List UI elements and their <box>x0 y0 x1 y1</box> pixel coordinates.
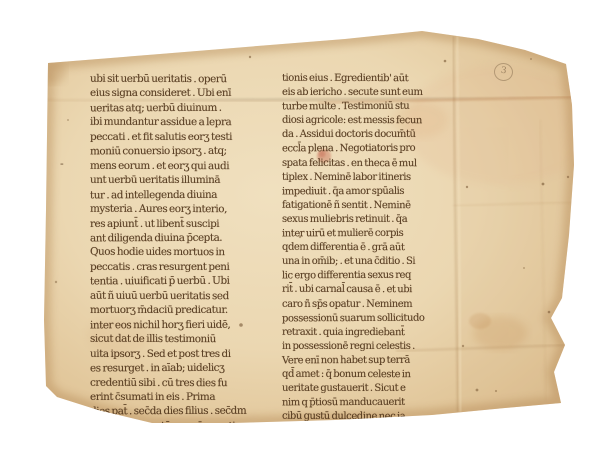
manuscript-photo: - 3 ubi sit uerbū ueritatis . operūeius … <box>0 0 616 461</box>
manuscript-text-line: sexus muliebris retinuit . q̄a <box>282 213 438 227</box>
manuscript-text-line: in possessionē regni celestis . <box>282 340 438 354</box>
manuscript-text-line: mens eorum . et eorʒ qui audi <box>90 158 260 173</box>
manuscript-text-line: res apiunt̄ . ut libent̄ suscipi <box>90 217 260 231</box>
manuscript-text-line: uita ipsorʒ . Sed et post tres di <box>90 347 260 361</box>
manuscript-text-line: unt uerbū ueritatis illuminā <box>90 173 260 187</box>
manuscript-text-line: eis ab iericho . secute sunt eum <box>282 86 438 100</box>
manuscript-text-line: retraxit . quia ingrediebant̄ <box>282 325 438 340</box>
manuscript-text-line: impediuit . q̄a amor spūalis <box>282 184 438 199</box>
marginal-mark: - <box>60 157 64 170</box>
manuscript-text-line: ant diligenda diuina p̄cepta. <box>90 231 260 246</box>
manuscript-text-line: fatigationē ñ sentit . Neminē <box>282 199 438 214</box>
manuscript-text-line: lic ergo differentia sexus req <box>282 269 438 284</box>
manuscript-text-line: es resurget . in aīab; uidelicʒ <box>90 361 260 376</box>
manuscript-text-line: spata felicitas . en theca ē mul <box>282 156 438 171</box>
manuscript-text-line: nim q p̄tiosū manducauerit <box>282 396 438 411</box>
manuscript-text-line: ubi sit uerbū ueritatis . operū <box>90 72 260 87</box>
manuscript-text-line: peccatis . cras resurgent peni <box>90 260 260 274</box>
manuscript-text-line: da . Assidui doctoris docum̄tū <box>282 128 438 142</box>
manuscript-text-line: moniū conuersio ipsorʒ . atq; <box>90 144 260 159</box>
manuscript-text-line: tiplex . Neminē labor itineris <box>282 171 438 185</box>
manuscript-text-line: ueritate gustauerit . Sicut e <box>282 382 438 396</box>
manuscript-text-line: caro ñ sp̄s opatur . Neminem <box>282 298 438 312</box>
manuscript-text-line: Vere enī non habet sup terrā <box>282 354 438 369</box>
manuscript-text-line: mysteria . Aures eorʒ interio, <box>90 202 260 217</box>
manuscript-text-line: eccl̄a plena . Negotiatoris pro <box>282 142 438 157</box>
manuscript-text-line: Quos hodie uides mortuos in <box>90 245 260 260</box>
manuscript-text-line: tentia . uiuificati p̄ uerbū . Ubi <box>90 274 260 289</box>
manuscript-text-line: tionis eius . Egredientib' aūt <box>282 72 438 87</box>
manuscript-text-line: una in om̄ib; . et una c̄ditio . Si <box>282 255 438 269</box>
manuscript-text-line: mortuorʒ m̄daciū predicatur. <box>90 303 260 317</box>
text-column-left: ubi sit uerbū ueritatis . operūeius sign… <box>90 72 260 433</box>
manuscript-text-line: ibi mundantur assidue a lepra <box>90 115 260 130</box>
folio-number: 3 <box>493 62 514 82</box>
text-column-right: tionis eius . Egredientib' aūteis ab ier… <box>282 72 438 424</box>
manuscript-text-line: qdem differentia ē . grā aūt <box>282 241 438 256</box>
manuscript-text-line: aūt ñ uiuū uerbū ueritatis sed <box>90 289 260 304</box>
manuscript-text-line: sicut dat de illis testimoniū <box>90 332 260 347</box>
manuscript-text-line: eius signa consideret . Ubi enī <box>90 86 260 100</box>
manuscript-text-line: diosi agricole: est messis fecun <box>282 114 438 129</box>
manuscript-text-line: peccati . et fit salutis eorʒ testi <box>90 130 260 144</box>
manuscript-text-line: ueritas atq; uerbū diuinum . <box>90 101 260 116</box>
manuscript-text-line: qd̄ amet : q̄ bonum celeste in <box>282 368 438 383</box>
manuscript-text-line: erint c̄sumati in eis . Prima <box>90 390 260 404</box>
manuscript-text-line: tur . ad intellegenda diuina <box>90 187 260 202</box>
manuscript-text-line: credentiū sibi . cū tres dies fu <box>90 375 260 390</box>
manuscript-text-layer: - 3 ubi sit uerbū ueritatis . operūeius … <box>0 0 616 461</box>
manuscript-text-line: inter uirū et mulierē corpis <box>282 227 438 242</box>
manuscript-text-line: inter eos nichil horʒ fieri uidē, <box>90 317 260 332</box>
manuscript-text-line: possessionū suarum sollicitudo <box>282 311 438 326</box>
manuscript-text-line: turbe multe . Testimoniū stu <box>282 100 438 115</box>
manuscript-text-line: rit̄ . ubi carnal̄ causa ē . et ubi <box>282 283 438 298</box>
